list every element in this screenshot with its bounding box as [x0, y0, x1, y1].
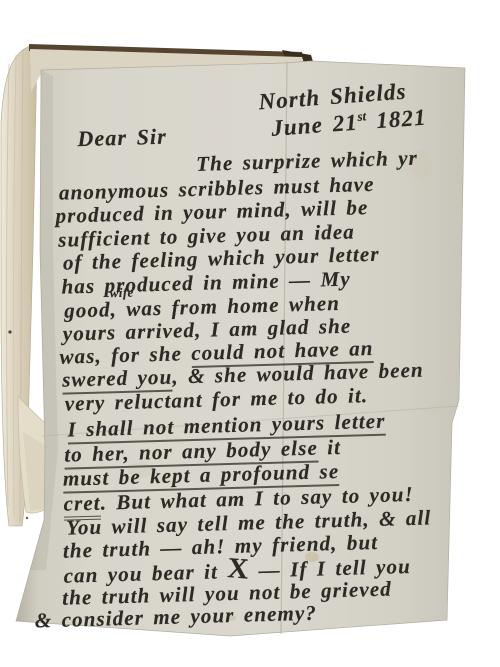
photo-of-manuscript-letter-in-book: North Shields June 21st 1821 Dear Sir Th… [0, 0, 500, 667]
ink-speck [26, 517, 28, 519]
letter-text: North Shields June 21st 1821 Dear Sir Th… [46, 76, 492, 658]
date-day: June 21 [270, 110, 358, 141]
date-year: 1821 [366, 105, 428, 134]
ink-speck [8, 330, 11, 333]
letter-salutation: Dear Sir [77, 125, 167, 151]
letter-line-1: The surprize which yr [196, 146, 418, 176]
crossed-out-mark: X [227, 568, 249, 570]
